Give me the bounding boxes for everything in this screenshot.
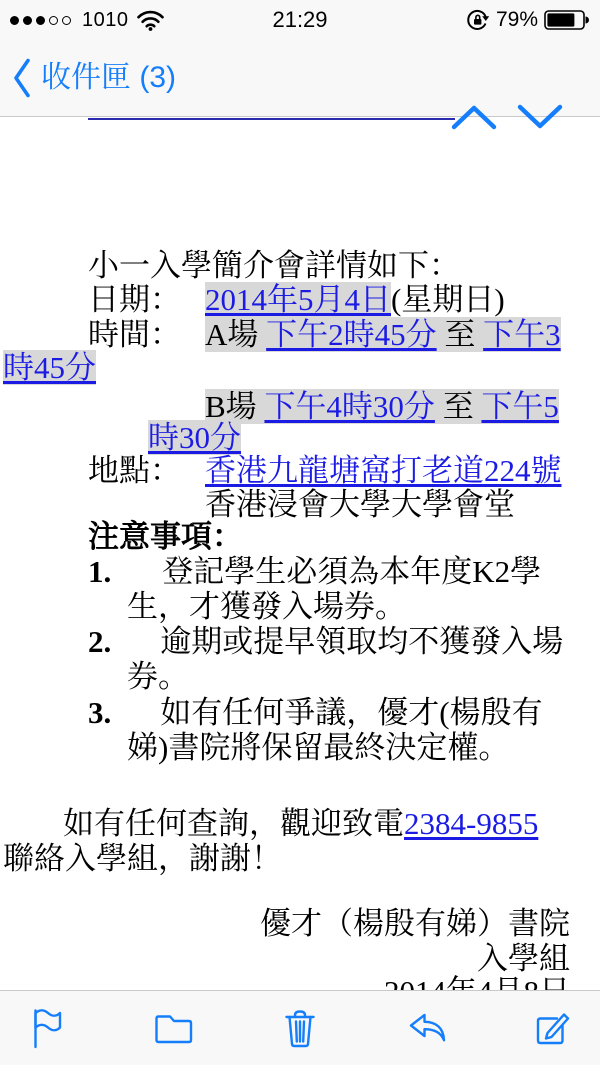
status-bar: 1010 21:29 [0, 0, 600, 40]
battery-percent: 79% [496, 8, 538, 32]
email-body-line: 日期：2014年5月4日(星期日) [88, 282, 505, 318]
email-text: 香港浸會大學大學會堂 [205, 487, 515, 522]
toolbar [0, 990, 600, 1065]
chevron-down-icon [516, 102, 568, 132]
email-link[interactable]: 2014年5月4日 [205, 282, 391, 317]
chevron-left-icon [13, 58, 31, 98]
battery-icon [544, 8, 590, 32]
email-link[interactable]: 下午4時30分 [264, 389, 435, 424]
email-text: 入學組 [477, 941, 570, 976]
nav-bar: 收件匣 (3) [0, 40, 600, 116]
email-link[interactable]: 下午2時45分 [266, 317, 437, 352]
email-body-line: 注意事項： [88, 519, 243, 555]
email-body-line: B場 下午4時30分 至 下午5 [205, 389, 559, 425]
email-body-line: 優才（楊殷有娣）書院 [260, 906, 570, 942]
email-text: 登記學生必須為本年度K2學 [162, 554, 541, 589]
email-text: 日期： [88, 282, 181, 317]
flag-icon [25, 1005, 69, 1051]
email-text: 3. [88, 695, 111, 730]
compose-button[interactable] [530, 1005, 576, 1051]
email-text: 地點： [88, 453, 181, 488]
mail-app-screen: 1010 21:29 [0, 0, 600, 1065]
clipped-link-underline [88, 118, 455, 120]
email-link[interactable]: 2384-9855 [404, 806, 538, 841]
email-text: 小一入學簡介會詳情如下： [88, 248, 460, 283]
move-to-folder-button[interactable] [151, 1005, 197, 1051]
folder-icon [152, 1005, 196, 1051]
previous-message-button[interactable] [450, 102, 502, 134]
email-body-line: 地點：香港九龍塘窩打老道224號 [88, 453, 562, 489]
email-text: 逾期或提早領取均不獲發入場 [160, 624, 563, 659]
header: 1010 21:29 [0, 0, 600, 117]
email-body-line: 1.登記學生必須為本年度K2學 [88, 554, 541, 590]
orientation-lock-icon [465, 8, 490, 33]
email-body-line: 入學組 [477, 941, 570, 977]
email-body-line: 小一入學簡介會詳情如下： [88, 248, 460, 284]
email-text: 娣)書院將保留最終決定權。 [127, 730, 509, 765]
email-body-line: 3.如有任何爭議，優才(楊殷有 [88, 695, 543, 731]
email-body-line: 券。 [127, 659, 189, 695]
back-button-label: 收件匣 (3) [41, 57, 176, 99]
email-body-line: 時30分 [148, 420, 241, 456]
email-body-line: 聯絡入學組，謝謝！ [3, 841, 282, 877]
email-body-line: 如有任何查詢，觀迎致電2384-9855 [63, 806, 538, 842]
email-body-line: 時間：A場 下午2時45分 至 下午3 [88, 317, 561, 353]
email-text: 注意事項： [88, 519, 243, 554]
email-text: 生，才獲發入場券。 [127, 589, 406, 624]
email-body: 小一入學簡介會詳情如下：日期：2014年5月4日(星期日)時間：A場 下午2時4… [0, 117, 600, 990]
email-link[interactable]: 下午5 [481, 389, 559, 424]
email-text: 優才（楊殷有娣）書院 [260, 906, 570, 941]
trash-icon [278, 1005, 322, 1051]
compose-icon [531, 1005, 575, 1051]
reply-icon [405, 1005, 449, 1051]
email-text: A場 [205, 317, 266, 352]
trash-button[interactable] [277, 1005, 323, 1051]
email-body-line: 香港浸會大學大學會堂 [205, 487, 515, 523]
email-text: 至 [435, 389, 482, 424]
email-link[interactable]: 香港九龍塘窩打老道224號 [205, 453, 562, 488]
email-link[interactable]: 時45分 [3, 350, 96, 385]
email-body-line: 娣)書院將保留最終決定權。 [127, 730, 509, 766]
email-body-line: 2.逾期或提早領取均不獲發入場 [88, 624, 563, 660]
email-text: 1. [88, 554, 111, 589]
status-right: 79% [465, 0, 590, 40]
next-message-button[interactable] [516, 102, 568, 134]
chevron-up-icon [450, 102, 502, 132]
email-text: 時間： [88, 317, 181, 352]
email-link[interactable]: 下午3 [483, 317, 561, 352]
email-text: 至 [437, 317, 484, 352]
email-text: 聯絡入學組，謝謝！ [3, 841, 282, 876]
email-text: 2. [88, 624, 111, 659]
email-text: 如有任何查詢，觀迎致電 [63, 806, 404, 841]
reply-button[interactable] [404, 1005, 450, 1051]
email-text: B場 [205, 389, 264, 424]
flag-button[interactable] [24, 1005, 70, 1051]
back-button[interactable]: 收件匣 (3) [13, 57, 176, 99]
email-body-line: 生，才獲發入場券。 [127, 589, 406, 625]
email-text: 如有任何爭議，優才(楊殷有 [160, 695, 542, 730]
email-body-line: 時45分 [3, 350, 96, 386]
email-link[interactable]: 時30分 [148, 420, 241, 455]
email-text: (星期日) [391, 282, 505, 317]
email-text: 券。 [127, 659, 189, 694]
